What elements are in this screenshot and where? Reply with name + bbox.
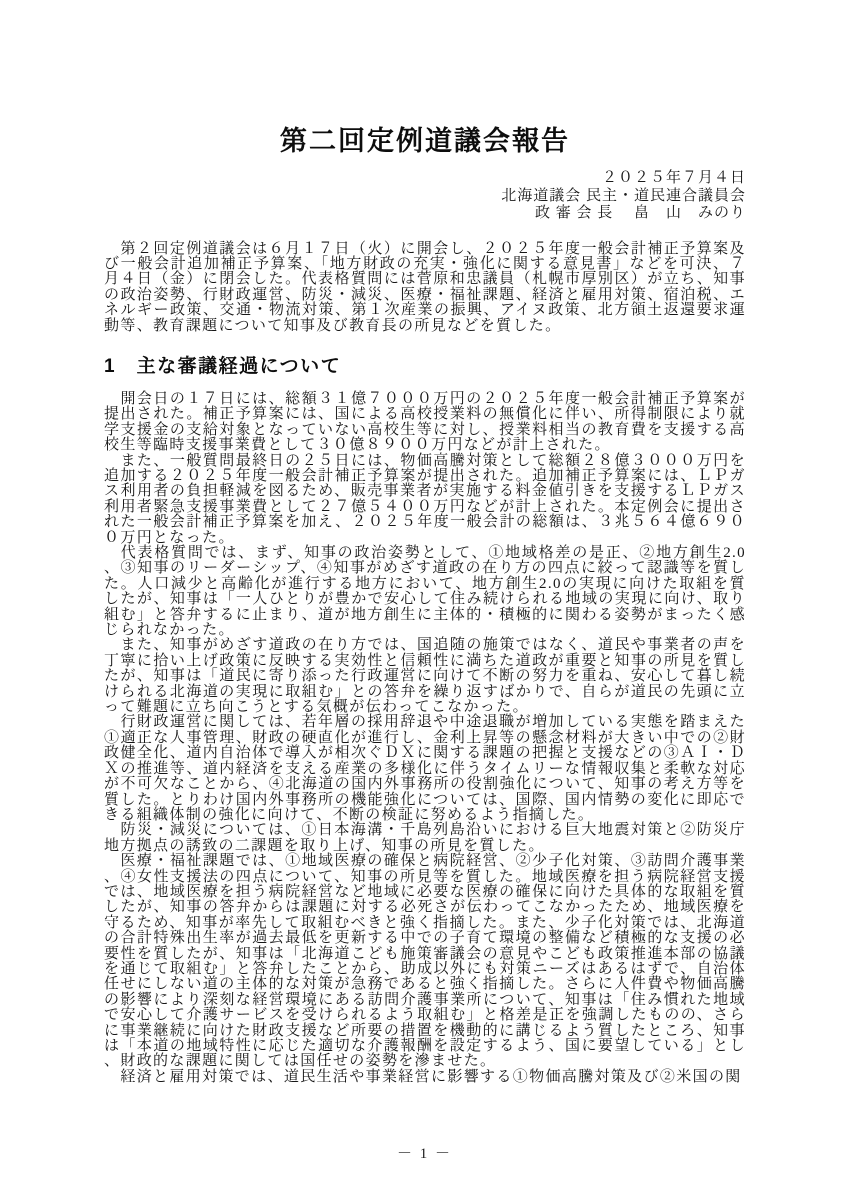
section-1-body: 開会日の１７日には、総額３１億７０００万円の２０２５年度一般会計補正予算案が提出… [104, 392, 746, 1085]
content-column: 第二回定例道議会報告 ２０２５年７月４日 北海道議会 民主・道民連合議員会 政 … [104, 0, 746, 1085]
document-page: 第二回定例道議会報告 ２０２５年７月４日 北海道議会 民主・道民連合議員会 政 … [0, 0, 849, 1200]
author-line: 政 審 会 長 畠 山 みのり [104, 205, 746, 223]
document-date: ２０２５年７月４日 [104, 170, 746, 188]
document-title: 第二回定例道議会報告 [104, 124, 746, 158]
page-number: － 1 － [0, 1142, 849, 1163]
lead-paragraph: 第２回定例道議会は６月１７日（火）に開会し、２０２５年度一般会計補正予算案及び一… [104, 242, 746, 334]
paragraph: 行財政運営に関しては、若年層の採用辞退や中途退職が増加している実態を踏まえた①適… [104, 715, 746, 823]
paragraph: また、一般質問最終日の２５日には、物価高騰対策として総額２８億３０００万円を追加… [104, 454, 746, 546]
header-right-block: ２０２５年７月４日 北海道議会 民主・道民連合議員会 政 審 会 長 畠 山 み… [104, 170, 746, 223]
paragraph: また、知事がめざす道政の在り方では、国追随の施策ではなく、道民や事業者の声を丁寧… [104, 638, 746, 715]
paragraph: 経済と雇用対策では、道民生活や事業経営に影響する①物価高騰対策及び②米国の関 [104, 1070, 746, 1085]
section-1-heading: 1 主な審議経過について [104, 355, 746, 379]
paragraph: 医療・福祉課題では、①地域医療の確保と病院経営、②少子化対策、③訪問介護事業、④… [104, 854, 746, 1070]
paragraph: 開会日の１７日には、総額３１億７０００万円の２０２５年度一般会計補正予算案が提出… [104, 392, 746, 454]
paragraph: 代表格質問では、まず、知事の政治姿勢として、①地域格差の是正、②地方創生2.0、… [104, 546, 746, 638]
organization-name: 北海道議会 民主・道民連合議員会 [104, 188, 746, 206]
paragraph: 防災・減災については、①日本海溝・千島列島沿いにおける巨大地震対策と②防災庁地方… [104, 823, 746, 854]
